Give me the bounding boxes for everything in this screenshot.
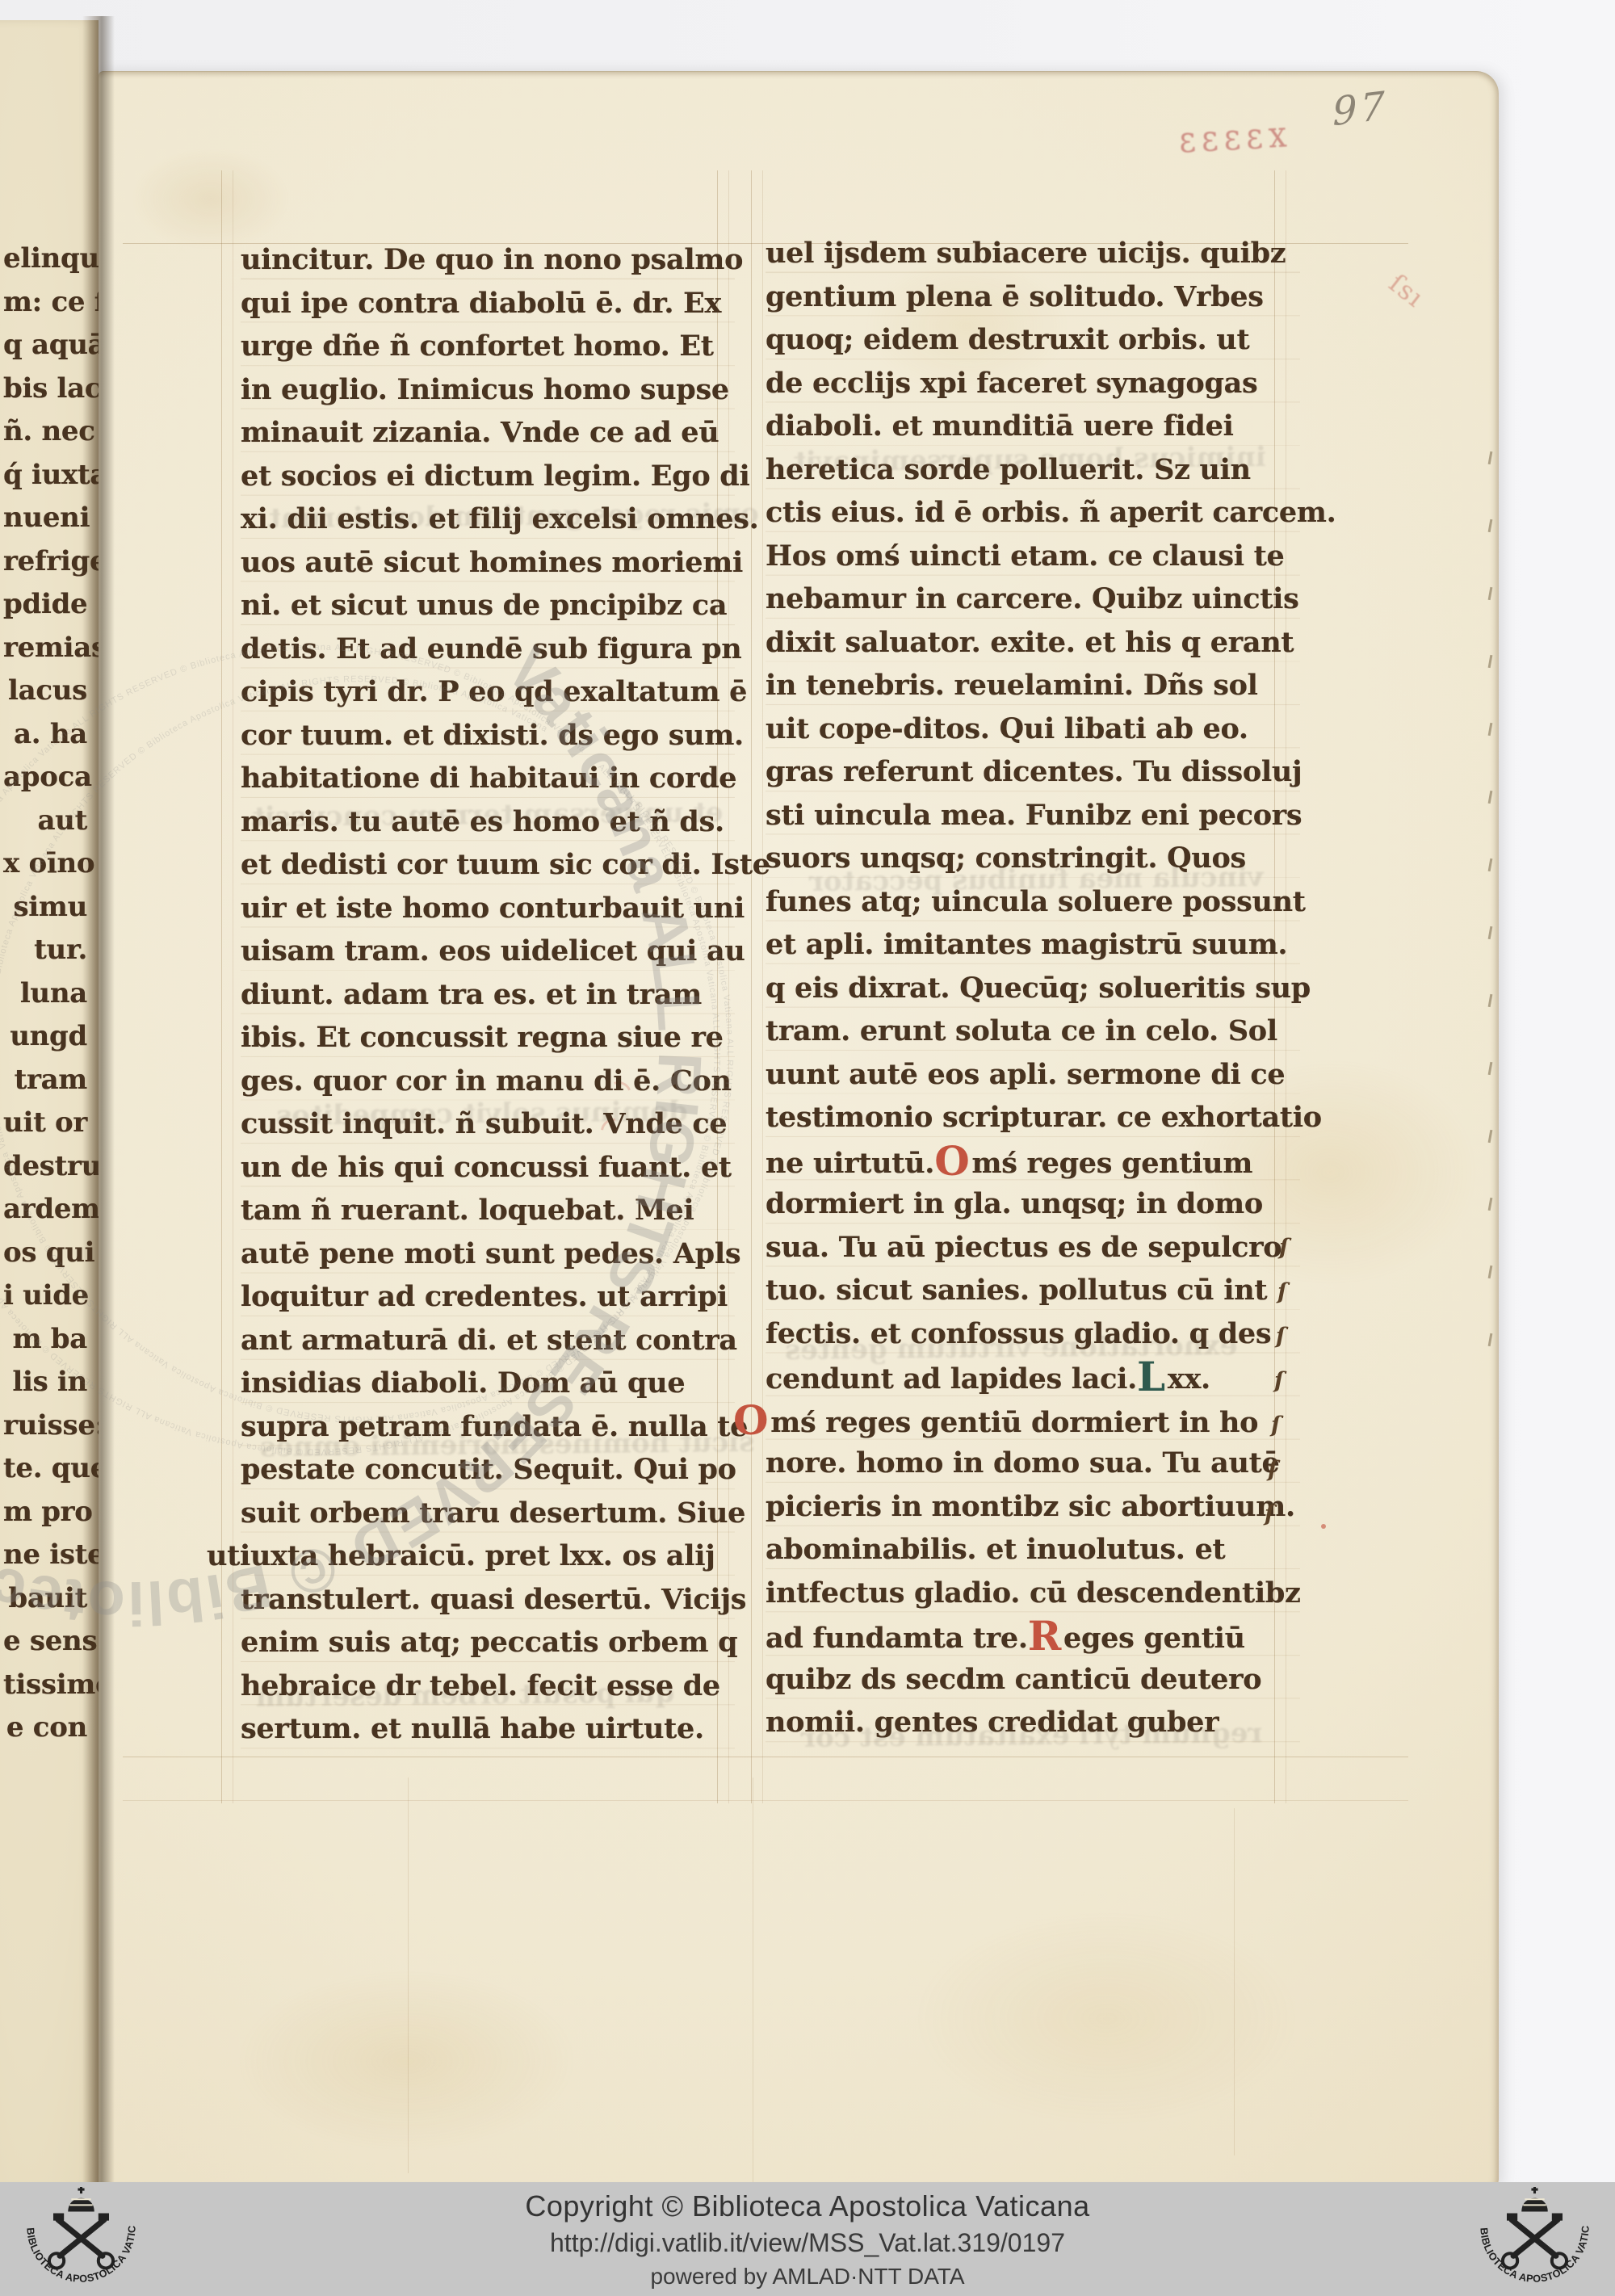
manuscript-line: autē pene moti sunt pedes. Apls [241,1237,735,1281]
red-ink-dot [1321,1524,1326,1529]
manuscript-line: habitatione di habitaui in corde [241,762,735,805]
manuscript-line: et apli. imitantes magistrū suum. [766,928,1300,972]
vatican-library-logo-left: BIBLIOTECA APOSTOLICA VATICANA [15,2185,148,2296]
manuscript-line: gras referunt dicentes. Tu dissoluj [766,755,1300,799]
quire-mark: ſ [1271,1412,1281,1438]
manuscript-line: ad fundamta tre. Reges gentiū [766,1619,1300,1663]
cutoff-line-fragment: q́ iuxta [3,459,87,502]
vatican-keys-tiara-icon [49,2187,113,2268]
manuscript-line: tam ñ ruerant. loquebat. Mei [241,1194,735,1237]
manuscript-line: hebraice dr tebel. fecit esse de [241,1669,735,1713]
right-text-column: uel ijsdem subiacere uicijs. quibzgentiu… [766,237,1300,1749]
manuscript-line: picieris in montibz sic abortiuum. [766,1490,1300,1534]
cutoff-line-fragment: remias [3,632,87,675]
faded-red-inscription: ɛɛɛɛx [1178,114,1294,162]
manuscript-line: minauit zizania. Vnde ce ad eū [241,416,735,460]
cutoff-line-fragment: ne iste [3,1538,87,1582]
manuscript-line: ne uirtutū. Omś reges gentium [766,1144,1300,1188]
left-text-column: uincitur. De quo in nono psalmoqui ipe c… [241,243,735,1756]
stitch-mark [1488,994,1493,1007]
cutoff-line-fragment: m ba [3,1323,87,1366]
manuscript-line: maris. tu autē es homo et ñ ds. [241,805,735,849]
stitch-mark [1488,791,1493,804]
cutoff-line-fragment: os qui [3,1236,87,1280]
manuscript-line: Omś reges gentiū dormiert in ho [766,1404,1300,1447]
manuscript-line: sertum. et nullā habe uirtute. [241,1712,735,1756]
manuscript-line: insidias diaboli. Dom aū que [241,1366,735,1410]
manuscript-line: ges. quor cor in manu di ē. Con [241,1064,735,1108]
stitch-mark [1488,1266,1493,1278]
cutoff-line-fragment: te. que [3,1452,87,1496]
ruling-line [123,1757,1408,1757]
cutoff-line-fragment: luna [3,977,87,1021]
manuscript-line: uincitur. De quo in nono psalmo [241,243,735,287]
manuscript-line: supra petram fundata ē. nulla te [241,1410,735,1454]
manuscript-line: qui ipe contra diabolū ē. dr. Ex [241,287,735,330]
cutoff-line-fragment: ungd [3,1020,87,1064]
manuscript-line: Hos omś uincti etam. ce clausi te [766,539,1300,583]
cutoff-line-fragment: lacus [3,674,87,718]
manuscript-line: uisam tram. eos uidelicet qui au [241,934,735,978]
copyright-text: Copyright © Biblioteca Apostolica Vatica… [525,2189,1089,2223]
manuscript-line: loquitur ad credentes. ut arripi [241,1280,735,1324]
manuscript-line: transtulert. quasi desertū. Vicijs [241,1583,735,1627]
stitch-mark [1488,1130,1493,1143]
cutoff-line-fragment: e sens. [3,1625,87,1668]
quire-mark: ſ [1276,1324,1286,1349]
manuscript-line: cipis tyri dr. P eo qd exaltatum ē [241,675,735,719]
parchment-crease [1234,1808,1235,2155]
manuscript-line: ant armaturā di. et stent contra [241,1324,735,1367]
manuscript-line: suit orbem traru desertum. Siue [241,1496,735,1540]
manuscript-line: diaboli. et munditiā uere fidei [766,409,1300,453]
manuscript-line: suors unqsq; constringit. Quos [766,842,1300,885]
manuscript-line: et dedisti cor tuum sic cor di. Iste [241,848,735,892]
digitized-manuscript-viewer: elinquutm: ce foq aquābis lacisñ. necq́ … [0,0,1615,2296]
cutoff-line-fragment: nueni [3,502,87,545]
ruling-line [123,1800,1408,1801]
stitch-mark [1488,519,1493,532]
cutoff-line-fragment: a. ha [3,718,87,762]
cutoff-line-fragment: m pro [3,1496,87,1539]
manuscript-line: cor tuum. et dixisti. ds ego sum. [241,719,735,762]
manuscript-line: nore. homo in domo sua. Tu autē [766,1446,1300,1490]
manuscript-line: fectis. et confossus gladio. q des [766,1317,1300,1361]
manuscript-line: de ecclijs xpi faceret synagogas [766,367,1300,410]
manuscript-line: funes atq; uincula soluere possunt [766,885,1300,929]
stitch-mark [1488,587,1493,600]
cutoff-line-fragment: ñ. nec [3,415,87,459]
cutoff-line-fragment: ruisse: [3,1409,87,1453]
manuscript-line: heretica sorde polluerit. Sz uin [766,453,1300,497]
source-url: http://digi.vatlib.it/view/MSS_Vat.lat.3… [550,2228,1065,2258]
cutoff-line-fragment: elinquut [3,242,87,286]
vatican-library-logo-right: BIBLIOTECA APOSTOLICA VATICANA [1468,2185,1601,2296]
stitch-mark [1488,1198,1493,1211]
cutoff-line-fragment: e con [3,1711,87,1755]
parchment-crease [753,1778,753,2230]
cutoff-line-fragment: bis lacis [3,372,87,416]
quire-mark: ſ [1268,1457,1277,1482]
manuscript-line: cussit inquit. ñ subuit. Vnde ce [241,1107,735,1151]
quire-mark: ſ [1277,1279,1287,1304]
cutoff-line-fragment: ardem: [3,1193,87,1236]
quire-mark: ſ [1279,1235,1289,1260]
manuscript-line: ut iuxta hebraicū. pret lxx. os alij [241,1539,735,1583]
copyright-bar: Copyright © Biblioteca Apostolica Vatica… [0,2182,1615,2296]
previous-page-edge: elinquutm: ce foq aquābis lacisñ. necq́ … [0,20,99,2189]
cutoff-line-fragment: q aquā [3,329,87,372]
cutoff-line-fragment: uit or [3,1106,87,1150]
powered-by-text: powered by AMLAD·NTT DATA [650,2264,964,2290]
manuscript-page: omis reges gentium dormieruntet universa… [99,71,1499,2188]
folio-page-number: 97 [1332,83,1389,136]
manuscript-line: xi. dii estis. et filij excelsi omnes. [241,502,735,546]
cutoff-line-fragment: x oīno [3,847,87,891]
ruling-line [762,170,763,1803]
stitch-mark [1488,1062,1493,1075]
stitch-mark [1488,926,1493,939]
manuscript-line: diunt. adam tra es. et in tram [241,978,735,1022]
quire-mark: ſ [1274,1368,1284,1393]
manuscript-line: quoq; eidem destruxit orbis. ut [766,323,1300,367]
manuscript-line: detis. Et ad eundē sub figura pn [241,632,735,676]
manuscript-line: abominabilis. et inuolutus. et [766,1533,1300,1576]
manuscript-line: uos autē sicut homines moriemi [241,546,735,590]
manuscript-line: sua. Tu aū piectus es de sepulcro [766,1231,1300,1274]
manuscript-line: ni. et sicut unus de pncipibz ca [241,589,735,632]
stitch-mark [1488,1333,1493,1346]
manuscript-line: quibz ds secdm canticū deutero [766,1663,1300,1706]
manuscript-line: nomii. gentes credidat guber [766,1706,1300,1749]
manuscript-line: uir et iste homo conturbauit uni [241,892,735,935]
cutoff-line-fragment: aut [3,804,87,848]
manuscript-line: in euglio. Inimicus homo supse [241,373,735,417]
red-margin-mark: ſsı [1383,267,1430,313]
cutoff-line-fragment: lis in [3,1366,87,1409]
cutoff-line-fragment: destru [3,1150,87,1194]
manuscript-line: sti uincula mea. Funibz eni pecors [766,799,1300,842]
manuscript-line: q eis dixrat. Quecūq; solueritis sup [766,972,1300,1015]
previous-page-text-fragments: elinquutm: ce foq aquābis lacisñ. necq́ … [3,242,87,1755]
cutoff-line-fragment: pdide [3,588,87,632]
stitch-mark [1488,451,1493,464]
cutoff-line-fragment: tissimo. [3,1668,87,1712]
manuscript-line: pestate concutit. Sequit. Qui po [241,1453,735,1496]
cutoff-line-fragment: tur. [3,934,87,977]
manuscript-line: et socios ei dictum legim. Ego di [241,460,735,503]
ruling-line [751,170,752,1803]
cutoff-line-fragment: simu [3,891,87,934]
manuscript-line: enim suis atq; peccatis orbem q [241,1626,735,1669]
manuscript-line: urge dñe ñ confortet homo. Et [241,329,735,373]
cutoff-line-fragment: m: ce fo [3,286,87,329]
manuscript-line: gentium plena ē solitudo. Vrbes [766,280,1300,324]
manuscript-line: nebamur in carcere. Quibz uinctis [766,582,1300,626]
manuscript-line: cendunt ad lapides laci. Lxx. [766,1360,1300,1404]
manuscript-line: testimonio scripturar. ce exhortatio [766,1101,1300,1144]
manuscript-line: uel ijsdem subiacere uicijs. quibz [766,237,1300,280]
cutoff-line-fragment: bauit [3,1582,87,1626]
vatican-keys-tiara-icon [1503,2187,1567,2268]
quire-mark: ſ [1265,1501,1274,1526]
cutoff-line-fragment: i uide [3,1279,87,1323]
manuscript-line: ctis eius. id ē orbis. ñ aperit carcem. [766,496,1300,539]
stitch-mark [1488,723,1493,736]
cutoff-line-fragment: apoca [3,761,87,804]
manuscript-line: un de his qui concussi fuant. et [241,1151,735,1194]
manuscript-line: ibis. Et concussit regna siue re [241,1021,735,1064]
cutoff-line-fragment: refrige [3,545,87,589]
manuscript-line: tram. erunt soluta ce in celo. Sol [766,1014,1300,1058]
stitch-mark [1488,655,1493,668]
manuscript-line: uunt autē eos apli. sermone di ce [766,1058,1300,1102]
manuscript-line: dormiert in gla. unqsq; in domo [766,1187,1300,1231]
manuscript-line: tuo. sicut sanies. pollutus cū int [766,1274,1300,1317]
manuscript-line: in tenebris. reuelamini. Dñs sol [766,669,1300,712]
stitch-mark [1488,858,1493,871]
manuscript-line: uit cope-ditos. Qui libati ab eo. [766,712,1300,756]
parchment-crease [408,1778,409,2173]
cutoff-line-fragment: tram [3,1064,87,1107]
manuscript-line: dixit saluator. exite. et his q erant [766,626,1300,669]
